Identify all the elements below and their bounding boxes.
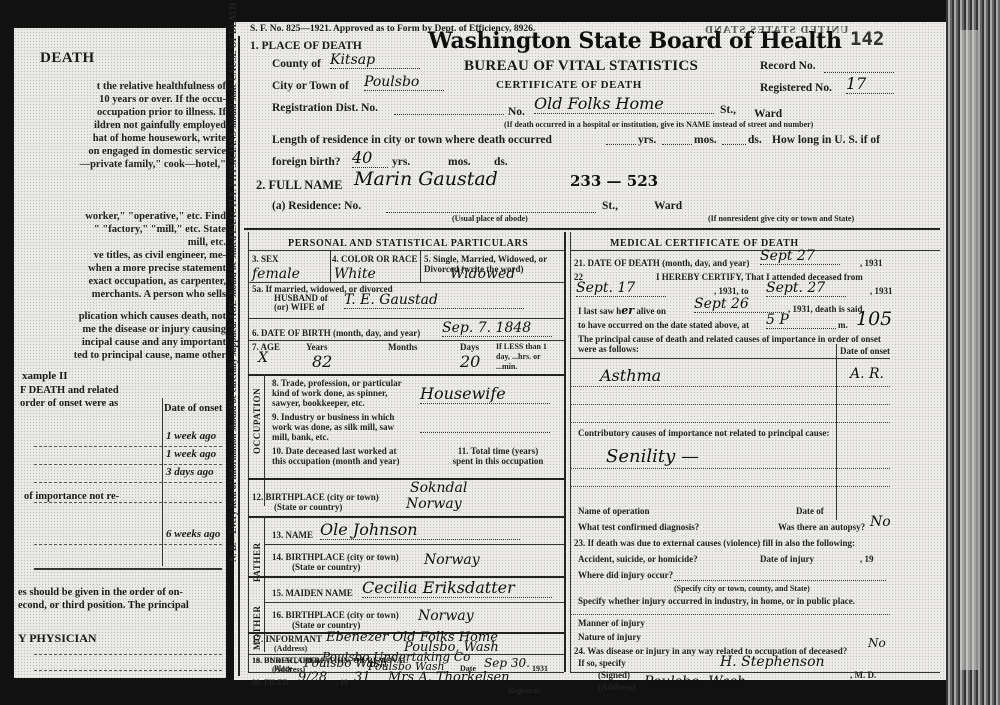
age-years-value: 82 <box>312 352 332 371</box>
mother-birthplace-value: Norway <box>418 608 474 624</box>
marital-value: Widowed <box>450 266 515 282</box>
external-causes-label: 23. If death was due to external causes … <box>574 538 855 548</box>
certificate-back-page: DEATH t the relative healthfulness of 10… <box>14 28 226 678</box>
last-worked-label: 10. Date deceased last worked at this oc… <box>272 446 412 466</box>
filed-label: 20. FILED <box>252 678 288 687</box>
sex-value: female <box>252 266 300 282</box>
onset-header: Date of onset <box>840 346 890 356</box>
signed-value: H. Stephenson <box>720 654 825 670</box>
date-of-death-label: 21. DATE OF DEATH (month, day, and year) <box>574 258 749 268</box>
divider <box>248 340 564 341</box>
date-of-death-year: , 1931 <box>860 258 883 268</box>
autopsy-label: Was there an autopsy? <box>778 522 865 532</box>
maiden-name-value: Cecilia Eriksdatter <box>362 578 552 598</box>
where-injury-field <box>674 580 886 581</box>
back-page-title: DEATH <box>40 52 95 65</box>
principal-cause-value: Asthma <box>600 366 661 385</box>
filed-date-value: 9/28 <box>298 670 327 685</box>
birthplace-label: 12. BIRTHPLACE (city or town) <box>252 492 379 502</box>
trade-value: Housewife <box>420 384 550 404</box>
last-saw-label: I last saw her alive on <box>578 304 666 317</box>
divider <box>570 486 890 487</box>
mother-birthplace-state-label: (State or country) <box>292 620 360 630</box>
contributory-label: Contributory causes of importance not re… <box>578 428 830 438</box>
divider <box>34 544 222 545</box>
contributory-cause-value: Senility — <box>606 446 699 467</box>
foreign-birth-label: foreign birth? <box>272 156 340 168</box>
divider <box>570 614 890 615</box>
divider <box>570 386 890 387</box>
divider <box>34 568 222 570</box>
left-frame <box>248 232 249 672</box>
years-label: Years <box>306 342 328 352</box>
age-days-value: 20 <box>460 352 480 371</box>
onset-column-divider <box>836 344 837 520</box>
example-text-1: F DEATH and related <box>20 384 119 397</box>
physician-address-value: Poulsbo, Wash <box>644 674 746 690</box>
burial-date-value: Sep 30. <box>484 656 530 670</box>
mother-birthplace-label: 16. BIRTHPLACE (city or town) <box>272 610 399 620</box>
where-injury-note: (Specify city or town, county, and State… <box>674 584 810 593</box>
manner-label: Manner of injury <box>578 618 645 628</box>
divider <box>248 516 564 518</box>
nature-label: Nature of injury <box>578 632 641 642</box>
example-text-2: order of onset were as <box>20 397 118 410</box>
injury-year: , 19 <box>860 554 874 564</box>
foreign-years-value: 40 <box>352 148 388 168</box>
divider <box>264 374 265 506</box>
divider <box>330 250 331 282</box>
side-instructions: N. B.—Every item of information should b… <box>228 202 238 562</box>
foreign-mos-label: mos. <box>448 156 471 168</box>
signed-label: (Signed) <box>598 670 630 680</box>
operation-label: Name of operation <box>578 506 650 516</box>
divider <box>570 404 890 405</box>
physician-heading: Y PHYSICIAN <box>18 632 97 645</box>
divider <box>248 374 564 376</box>
filed-year-value: 31 <box>354 670 371 685</box>
county-value: Kitsap <box>330 52 420 69</box>
specify-place-label: Specify whether injury occurred in indus… <box>578 596 855 606</box>
divider <box>570 422 890 423</box>
burial-year-value: 1931 <box>532 664 548 673</box>
father-name-value: Ole Johnson <box>320 520 520 540</box>
father-birthplace-label: 14. BIRTHPLACE (city or town) <box>272 552 399 562</box>
foreign-ds-label: ds. <box>494 156 508 168</box>
sex-label: 3. SEX <box>252 254 279 264</box>
divider <box>34 670 222 671</box>
residence-label: (a) Residence: No. <box>272 200 361 212</box>
occurred-label: to have occurred on the date stated abov… <box>578 320 749 330</box>
divider <box>34 446 222 447</box>
back-page-paragraph-2: worker," "operative," etc. Find " "facto… <box>36 210 226 301</box>
age-mark: X <box>258 350 268 366</box>
if-so-label: If so, specify <box>578 658 626 668</box>
accident-label: Accident, suicide, or homicide? <box>578 554 698 564</box>
full-name-value: Marin Gaustad <box>354 168 498 190</box>
divider <box>264 544 564 545</box>
spouse-value: T. E. Gaustad <box>344 292 524 309</box>
autopsy-value: No <box>870 514 891 530</box>
undertaker-label: 19. UNDERTAKER <box>252 656 320 665</box>
trade-label: 8. Trade, profession, or particular kind… <box>272 378 412 408</box>
medical-certificate-section: MEDICAL CERTIFICATE OF DEATH 21. DATE OF… <box>570 22 940 680</box>
dob-label: 6. DATE OF BIRTH (month, day, and year) <box>252 328 420 338</box>
footer-text-1: es should be given in the order of on- <box>18 586 183 599</box>
length-residence-label: Length of residence in city or town wher… <box>272 134 552 146</box>
attended-to-value: Sept. 27 <box>766 280 846 297</box>
physician-address-label: (Address) <box>598 682 635 692</box>
back-page-paragraph-3: plication which causes death, not me the… <box>36 310 226 362</box>
occupation-vertical-label: OCCUPATION <box>252 388 262 454</box>
column-divider <box>564 232 566 672</box>
spouse-label-3: (or) WIFE of <box>274 302 324 312</box>
color-value: White <box>334 266 376 282</box>
onset-value: 6 weeks ago <box>166 528 220 541</box>
divider <box>264 602 564 603</box>
father-birthplace-state-label: (State or country) <box>292 562 360 572</box>
m-label: m. <box>838 320 848 330</box>
maiden-name-label: 15. MAIDEN NAME <box>272 588 353 598</box>
divider <box>570 250 940 251</box>
county-label: County of <box>272 58 321 70</box>
reg-dist-value <box>394 114 504 115</box>
divider <box>570 468 890 469</box>
color-label: 4. COLOR OR RACE <box>332 254 418 264</box>
divider <box>248 282 564 283</box>
registrar-signature: Mrs A. Thorkelsen <box>388 670 510 685</box>
attended-from-year: , 1931, to <box>714 286 749 296</box>
no-label: No. <box>508 106 525 118</box>
divider <box>34 464 222 465</box>
occupation-related-value: No <box>868 636 886 650</box>
usual-place-note: (Usual place of abode) <box>452 214 528 223</box>
place-of-death-label: 1. PLACE OF DEATH <box>250 40 362 52</box>
birthplace-city-value: Sokndal <box>410 480 467 496</box>
example-heading: xample II <box>22 370 68 383</box>
principal-onset-value: A. R. <box>850 366 884 382</box>
divider <box>248 318 564 319</box>
divider <box>34 654 222 655</box>
onset-value: 3 days ago <box>166 466 214 479</box>
divider <box>248 478 564 480</box>
divider <box>420 250 421 282</box>
birthplace-country-value: Norway <box>406 496 462 512</box>
reg-dist-label: Registration Dist. No. <box>272 102 378 114</box>
injury-date-label: Date of injury <box>760 554 814 564</box>
divider <box>570 358 890 359</box>
city-value: Poulsbo <box>364 74 444 91</box>
registrar-label: Registrar. <box>508 686 542 695</box>
birthplace-state-label: (State or country) <box>274 502 342 512</box>
divider <box>248 250 564 251</box>
footer-text-2: econd, or third position. The principal <box>18 599 189 612</box>
days-label: Days <box>460 342 479 352</box>
total-time-label: 11. Total time (years) spent in this occ… <box>448 446 548 466</box>
md-label: , M. D. <box>850 670 876 680</box>
informant-address-label: (Address) <box>274 644 307 653</box>
contributory-text: of importance not re- <box>24 490 119 503</box>
time-extra-value: 105 <box>856 308 892 330</box>
filed-year-prefix: , 19 <box>336 678 348 687</box>
back-page-paragraph-1: t the relative healthfulness of 10 years… <box>36 80 226 171</box>
time-of-death-value: 5 P <box>766 312 836 329</box>
father-birthplace-value: Norway <box>424 552 480 568</box>
last-saw-date: Sept 26 <box>694 296 784 313</box>
father-name-label: 13. NAME <box>272 530 313 540</box>
personal-section-title: PERSONAL AND STATISTICAL PARTICULARS <box>288 238 528 249</box>
residence-street-field <box>386 212 596 213</box>
test-label: What test confirmed diagnosis? <box>578 522 699 532</box>
full-name-label: 2. FULL NAME <box>256 178 342 193</box>
months-label: Months <box>388 342 418 352</box>
informant-label: 17. INFORMANT <box>252 634 322 644</box>
industry-field <box>420 432 550 433</box>
dob-value: Sep. 7. 1848 <box>442 320 552 337</box>
onset-header: Date of onset <box>164 402 222 415</box>
divider <box>34 482 222 483</box>
onset-value: 1 week ago <box>166 430 216 443</box>
page-edge-highlight <box>960 30 978 670</box>
date-of-death-value: Sept 27 <box>760 248 840 265</box>
attended-to-year: , 1931 <box>870 286 893 296</box>
left-border <box>238 36 240 676</box>
industry-label: 9. Industry or business in which work wa… <box>272 412 412 442</box>
operation-date-label: Date of <box>796 506 824 516</box>
attended-from-value: Sept. 17 <box>576 280 666 297</box>
foreign-yrs-label: yrs. <box>392 156 410 168</box>
onset-value: 1 week ago <box>166 448 216 461</box>
where-injury-label: Where did injury occur? <box>578 570 673 580</box>
less-than-day-label: If LESS than 1 day, ...hrs. or ...min. <box>496 342 560 372</box>
city-label: City or Town of <box>272 80 349 92</box>
